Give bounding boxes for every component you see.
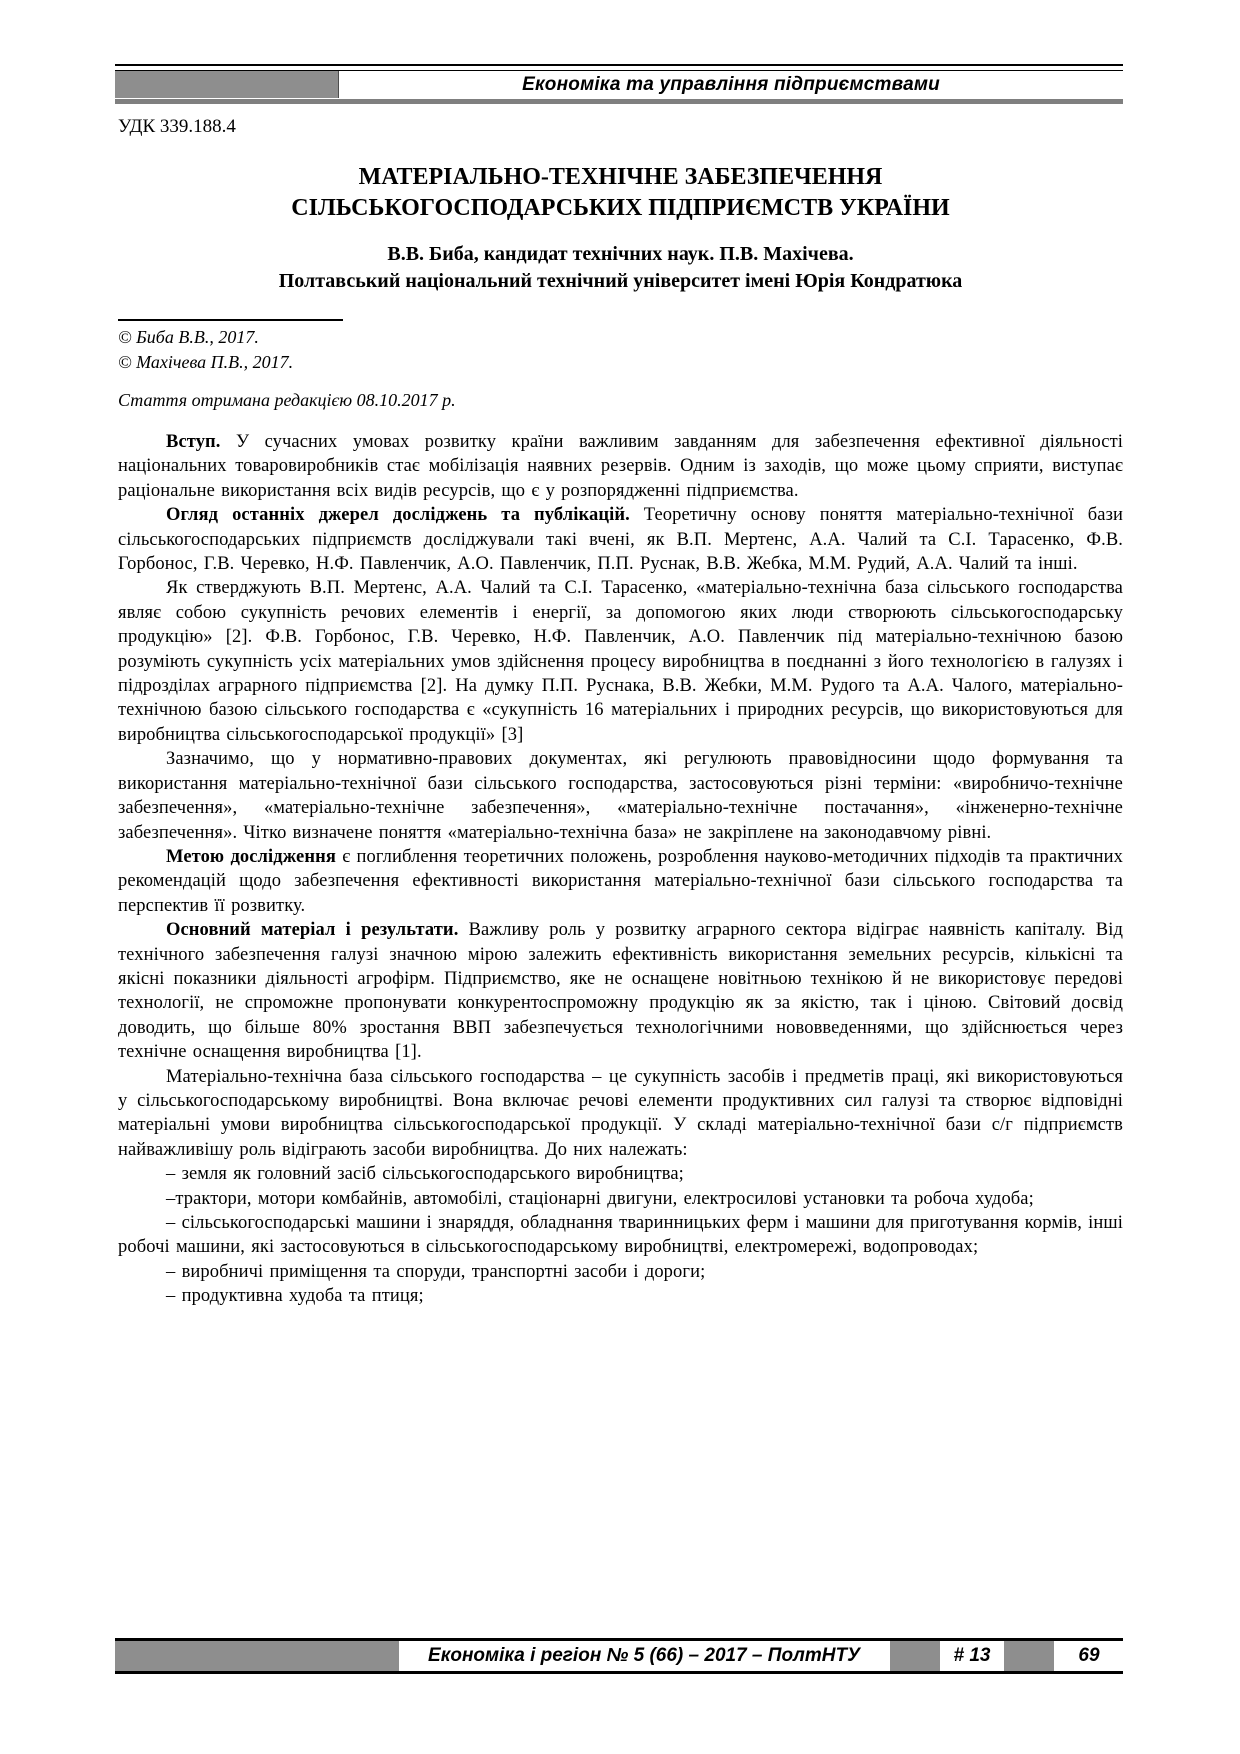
list-item: – сільськогосподарські машини і знаряддя… [118, 1211, 1123, 1260]
copyright-line: © Биба В.В., 2017. [118, 325, 1123, 350]
document-page: Економіка та управління підприємствами У… [0, 0, 1240, 1754]
list-item: – земля як головний засіб сільськогоспод… [118, 1162, 1123, 1186]
list-item: – продуктивна худоба та птиця; [118, 1284, 1123, 1308]
article-text: Вступ. У сучасних умовах розвитку країни… [118, 430, 1123, 1309]
page-header: Економіка та управління підприємствами [115, 64, 1123, 104]
footer-gray-box [889, 1641, 941, 1671]
byline-block: В.В. Биба, кандидат технічних наук. П.В.… [118, 241, 1123, 295]
article-title: МАТЕРІАЛЬНО-ТЕХНІЧНЕ ЗАБЕЗПЕЧЕННЯ СІЛЬСЬ… [118, 162, 1123, 224]
header-bottom-rule [115, 99, 1123, 104]
section-title: Економіка та управління підприємствами [339, 71, 1123, 98]
page-footer: Економіка і регіон № 5 (66) – 2017 – Пол… [115, 1638, 1123, 1674]
list-item: –трактори, мотори комбайнів, автомобілі,… [118, 1187, 1123, 1211]
paragraph: Огляд останніх джерел досліджень та публ… [118, 503, 1123, 576]
copyright-separator [118, 319, 343, 321]
list-item: – виробничі приміщення та споруди, транс… [118, 1260, 1123, 1284]
paragraph-text: У сучасних умовах розвитку країни важлив… [118, 432, 1123, 501]
header-gray-box [115, 71, 339, 98]
paragraph-text: Як стверджують В.П. Мертенс, А.А. Чалий … [118, 578, 1123, 744]
paragraph: Вступ. У сучасних умовах розвитку країни… [118, 430, 1123, 503]
journal-title: Економіка і регіон № 5 (66) – 2017 – Пол… [399, 1641, 889, 1671]
received-date-note: Стаття отримана редакцією 08.10.2017 р. [118, 390, 1123, 411]
affiliation: Полтавський національний технічний уніве… [118, 268, 1123, 295]
paragraph: Як стверджують В.П. Мертенс, А.А. Чалий … [118, 576, 1123, 747]
page-number: 69 [1055, 1641, 1123, 1671]
article-content: УДК 339.188.4 МАТЕРІАЛЬНО-ТЕХНІЧНЕ ЗАБЕЗ… [118, 116, 1123, 1309]
header-bar: Економіка та управління підприємствами [115, 71, 1123, 98]
paragraph-text: Зазначимо, що у нормативно-правових доку… [118, 749, 1123, 842]
paragraph: Основний матеріал і результати. Важливу … [118, 918, 1123, 1064]
copyright-block: © Биба В.В., 2017. © Махічева П.В., 2017… [118, 325, 1123, 375]
article-title-line2: СІЛЬСЬКОГОСПОДАРСЬКИХ ПІДПРИЄМСТВ УКРАЇН… [118, 193, 1123, 224]
paragraph-text: Матеріально-технічна база сільського гос… [118, 1067, 1123, 1160]
paragraph-lead: Вступ. [166, 432, 221, 452]
footer-gray-box [115, 1641, 399, 1671]
paragraph-text: Важливу роль у розвитку аграрного сектор… [118, 920, 1123, 1062]
footer-gray-box [1003, 1641, 1055, 1671]
article-title-line1: МАТЕРІАЛЬНО-ТЕХНІЧНЕ ЗАБЕЗПЕЧЕННЯ [118, 162, 1123, 193]
footer-bar: Економіка і регіон № 5 (66) – 2017 – Пол… [115, 1641, 1123, 1671]
paragraph-lead: Метою дослідження [166, 847, 336, 867]
copyright-line: © Махічева П.В., 2017. [118, 350, 1123, 375]
paragraph: Матеріально-технічна база сільського гос… [118, 1065, 1123, 1163]
authors: В.В. Биба, кандидат технічних наук. П.В.… [118, 241, 1123, 268]
paragraph: Метою дослідження є поглиблення теоретич… [118, 845, 1123, 918]
paragraph-lead: Основний матеріал і результати. [166, 920, 458, 940]
paragraph-lead: Огляд останніх джерел досліджень та публ… [166, 505, 630, 525]
issue-number: # 13 [941, 1641, 1003, 1671]
udc-code: УДК 339.188.4 [118, 116, 1123, 138]
header-top-rule [115, 64, 1123, 71]
paragraph: Зазначимо, що у нормативно-правових доку… [118, 747, 1123, 845]
